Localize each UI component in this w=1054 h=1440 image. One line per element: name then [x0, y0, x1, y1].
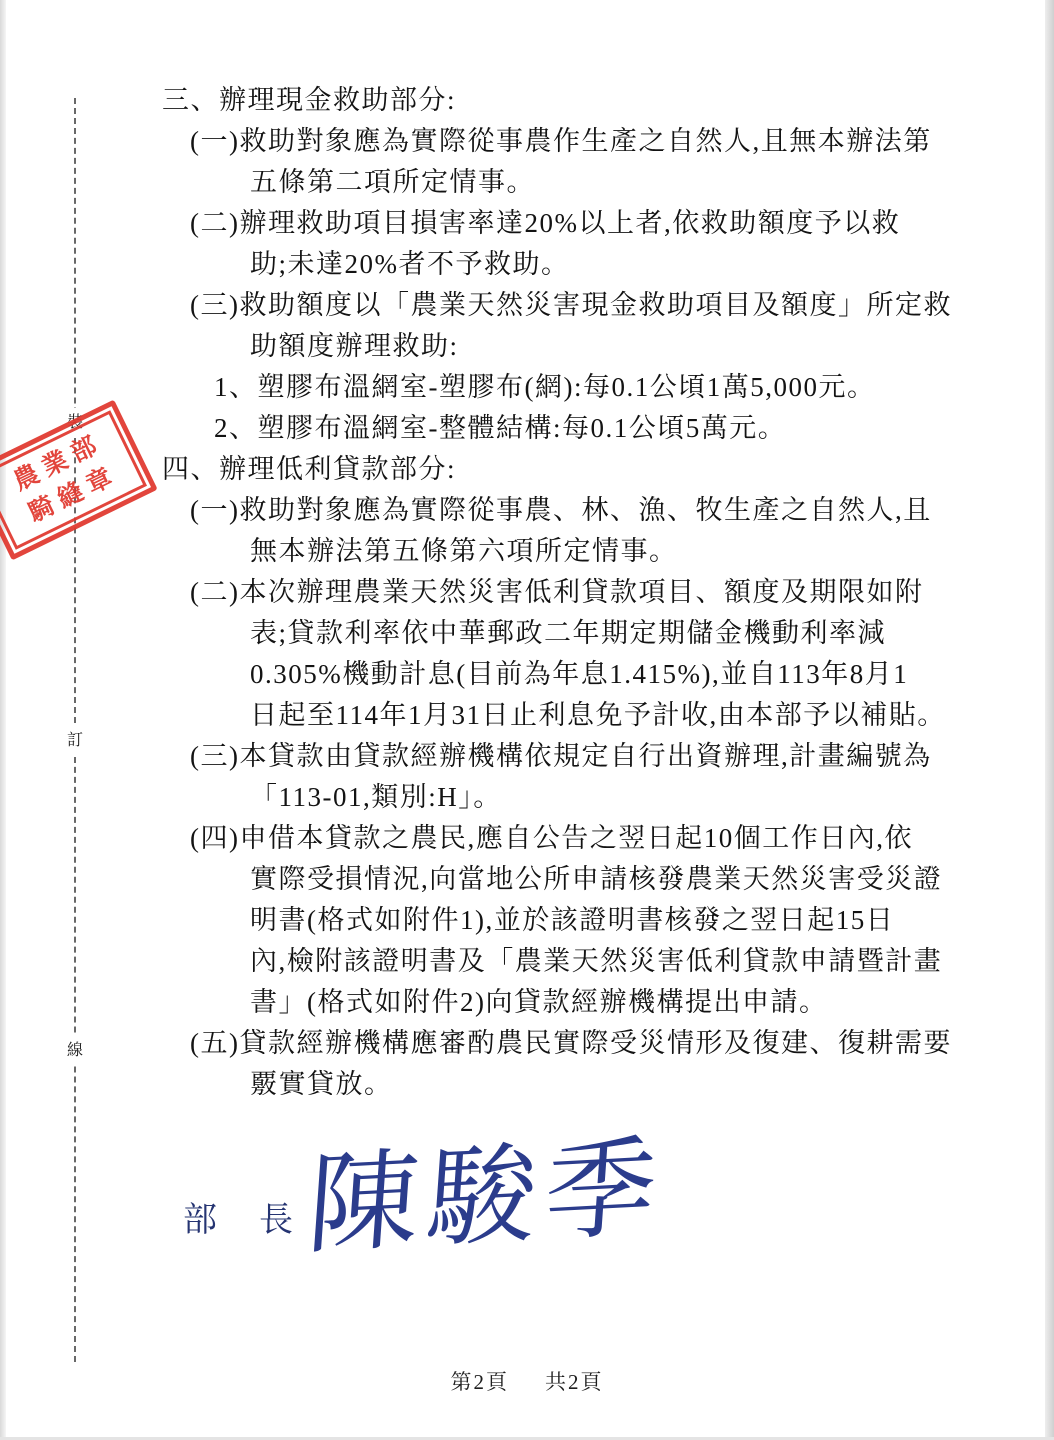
page-total: 共2頁: [545, 1370, 604, 1394]
document-line: 書」(格式如附件2)向貸款經辦機構提出申請。: [250, 982, 978, 1023]
binding-label-xian: 線: [64, 1036, 86, 1066]
document-line: 五條第二項所定情事。: [250, 162, 978, 203]
document-line: 助;未達20%者不予救助。: [250, 244, 978, 285]
document-line: 1、塑膠布溫網室-塑膠布(網):每0.1公頃1萬5,000元。: [214, 367, 978, 408]
minister-signature: 陳駿季: [303, 1117, 669, 1278]
document-line: (五)貸款經辦機構應審酌農民實際受災情形及復建、復耕需要: [190, 1023, 978, 1064]
seal-character: 縫: [54, 479, 87, 512]
official-seal-stamp: 農業部騎縫章: [0, 400, 158, 561]
document-line: (一)救助對象應為實際從事農、林、漁、牧生產之自然人,且: [190, 490, 978, 531]
document-line: 無本辦法第五條第六項所定情事。: [250, 531, 978, 572]
binding-label-ding: 訂: [64, 726, 86, 756]
seal-character: 部: [68, 434, 101, 467]
document-body: 三、辦理現金救助部分:(一)救助對象應為實際從事農作生產之自然人,且無本辦法第五…: [162, 80, 978, 1105]
page-number: 第2頁: [451, 1370, 510, 1394]
document-line: (三)救助額度以「農業天然災害現金救助項目及額度」所定救: [190, 285, 978, 326]
seal-character: 章: [83, 465, 116, 498]
signature-block: 部長 陳駿季: [183, 1140, 823, 1315]
document-line: 「113-01,類別:H」。: [250, 777, 978, 818]
page-footer: 第2頁共2頁: [0, 1366, 1054, 1396]
scanned-document-page: 裝 訂 線 農業部騎縫章 三、辦理現金救助部分:(一)救助對象應為實際從事農作生…: [0, 0, 1054, 1440]
scan-edge-right: [1045, 0, 1054, 1440]
document-line: 三、辦理現金救助部分:: [162, 80, 978, 121]
document-line: 明書(格式如附件1),並於該證明書核發之翌日起15日: [250, 900, 978, 941]
seal-character: 農: [10, 462, 43, 495]
official-seal-stamp-inner: 農業部騎縫章: [0, 410, 147, 550]
document-line: (二)辦理救助項目損害率達20%以上者,依救助額度予以救: [190, 203, 978, 244]
document-line: (二)本次辦理農業天然災害低利貸款項目、額度及期限如附: [190, 572, 978, 613]
document-line: (三)本貸款由貸款經辦機構依規定自行出資辦理,計畫編號為: [190, 736, 978, 777]
document-line: (一)救助對象應為實際從事農作生產之自然人,且無本辦法第: [190, 121, 978, 162]
document-line: (四)申借本貸款之農民,應自公告之翌日起10個工作日內,依: [190, 818, 978, 859]
document-line: 0.305%機動計息(目前為年息1.415%),並自113年8月1: [250, 654, 978, 695]
document-line: 日起至114年1月31日止利息免予計收,由本部予以補貼。: [250, 695, 978, 736]
document-line: 實際受損情況,向當地公所申請核發農業天然災害受災證: [250, 859, 978, 900]
document-line: 2、塑膠布溫網室-整體結構:每0.1公頃5萬元。: [214, 408, 978, 449]
document-line: 內,檢附該證明書及「農業天然災害低利貸款申請暨計畫: [250, 941, 978, 982]
document-line: 助額度辦理救助:: [250, 326, 978, 367]
document-line: 覈實貸放。: [250, 1064, 978, 1105]
seal-character: 騎: [25, 493, 58, 526]
document-line: 四、辦理低利貸款部分:: [162, 449, 978, 490]
seal-character: 業: [39, 448, 72, 481]
scan-edge-left: [0, 0, 6, 1440]
document-line: 表;貸款利率依中華郵政二年期定期儲金機動利率減: [250, 613, 978, 654]
